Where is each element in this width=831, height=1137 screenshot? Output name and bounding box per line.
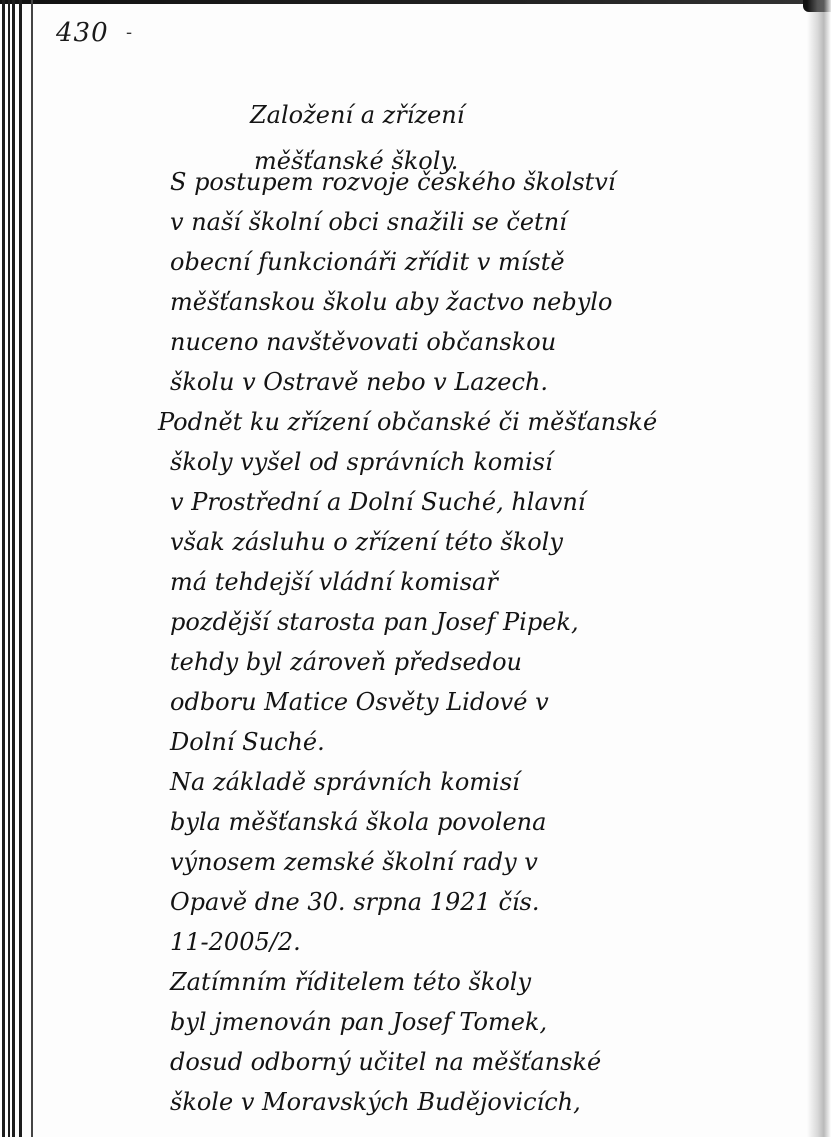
text-line: nuceno navštěvovati občanskou xyxy=(170,322,780,362)
book-binding xyxy=(0,0,36,1137)
text-line: Opavě dne 30. srpna 1921 čís. xyxy=(170,882,780,922)
page-number: 430 xyxy=(56,18,109,48)
binding-line xyxy=(31,0,33,1137)
text-line: Zatímním říditelem této školy xyxy=(170,962,780,1002)
text-line: byla měšťanská škola povolena xyxy=(170,802,780,842)
text-line: odboru Matice Osvěty Lidové v xyxy=(170,682,780,722)
text-line: v naší školní obci snažili se četní xyxy=(170,202,780,242)
binding-line xyxy=(12,0,15,1137)
text-line: Podnět ku zřízení občanské či měšťanské xyxy=(158,402,780,442)
text-line: Na základě správních komisí xyxy=(170,762,780,802)
text-line: měšťanskou školu aby žactvo nebylo xyxy=(170,282,780,322)
scanned-page: 430 - Založení a zřízení měšťanské školy… xyxy=(0,0,831,1137)
margin-mark: - xyxy=(126,22,132,43)
text-line: má tehdejší vládní komisař xyxy=(170,562,780,602)
text-line: Dolní Suché. xyxy=(170,722,780,762)
text-line: však zásluhu o zřízení této školy xyxy=(170,522,780,562)
text-line: byl jmenován pan Josef Tomek, xyxy=(170,1002,780,1042)
scan-top-edge xyxy=(0,0,831,4)
page-gutter-shadow xyxy=(807,0,831,1137)
text-line: dosud odborný učitel na měšťanské xyxy=(170,1042,780,1082)
binding-line xyxy=(19,0,22,1137)
binding-line xyxy=(2,0,5,1137)
text-line: škole v Moravských Budějovicích, xyxy=(170,1082,780,1122)
text-line: S postupem rozvoje českého školství xyxy=(170,162,780,202)
handwritten-body: S postupem rozvoje českého školství v na… xyxy=(170,162,780,1122)
binding-line xyxy=(8,0,10,1137)
title-line: Založení a zřízení xyxy=(250,92,464,138)
text-line: školu v Ostravě nebo v Lazech. xyxy=(170,362,780,402)
text-line: v Prostřední a Dolní Suché, hlavní xyxy=(170,482,780,522)
text-line: obecní funkcionáři zřídit v místě xyxy=(170,242,780,282)
text-line: 11-2005/2. xyxy=(170,922,780,962)
text-line: tehdy byl zároveň předsedou xyxy=(170,642,780,682)
text-line: pozdější starosta pan Josef Pipek, xyxy=(170,602,780,642)
text-line: školy vyšel od správních komisí xyxy=(170,442,780,482)
text-line: výnosem zemské školní rady v xyxy=(170,842,780,882)
